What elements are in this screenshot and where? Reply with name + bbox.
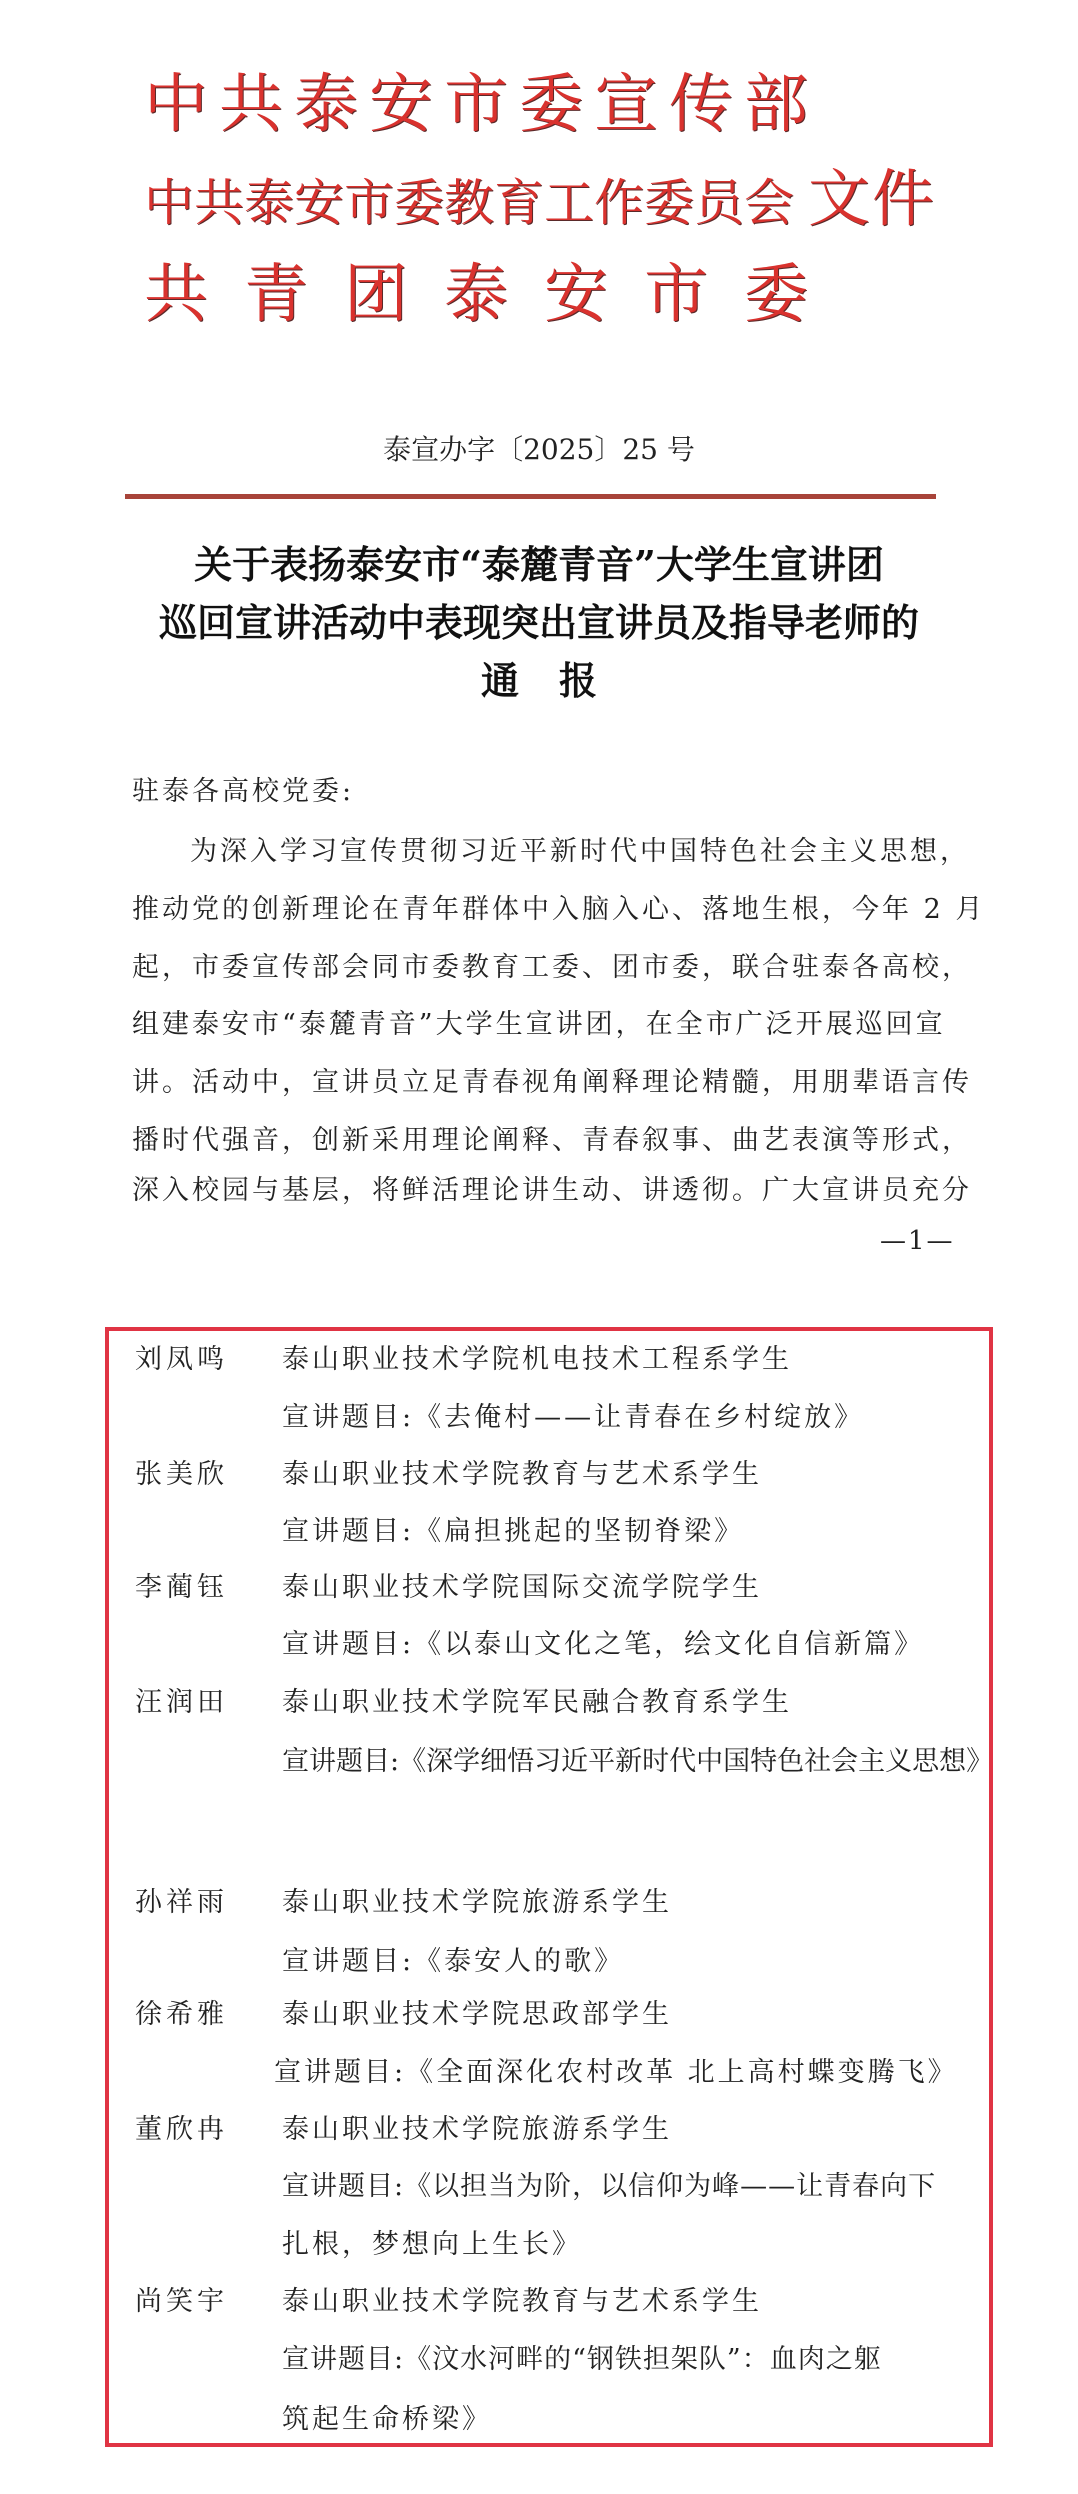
body-line: 深入校园与基层，将鲜活理论讲生动、讲透彻。广大宣讲员充分 <box>132 1174 972 1208</box>
salutation: 驻泰各高校党委: <box>132 775 354 809</box>
entry-topic: 宣讲题目:《去俺村——让青春在乡村绽放》 <box>282 1401 864 1435</box>
document-number: 泰宣办字〔2025〕25 号 <box>0 432 1078 468</box>
entry-affiliation: 泰山职业技术学院机电技术工程系学生 <box>282 1343 792 1377</box>
entry-affiliation: 泰山职业技术学院旅游系学生 <box>282 2113 672 2147</box>
body-line: 讲。活动中，宣讲员立足青春视角阐释理论精髓，用朋辈语言传 <box>132 1066 972 1100</box>
entry-topic: 宣讲题目:《以担当为阶，以信仰为峰——让青春向下 <box>282 2170 936 2204</box>
issuer-line-education-committee: 中共泰安市委教育工作委员会文件 <box>144 156 936 246</box>
entry-topic-continued: 筑起生命桥梁》 <box>282 2403 492 2437</box>
entry-affiliation: 泰山职业技术学院旅游系学生 <box>282 1886 672 1920</box>
entry-name: 孙祥雨 <box>135 1886 228 1920</box>
entry-topic: 宣讲题目:《深学细悟习近平新时代中国特色社会主义思想》 <box>282 1745 993 1779</box>
entry-name: 徐希雅 <box>135 1998 228 2032</box>
entry-name: 张美欣 <box>135 1458 228 1492</box>
entry-name: 刘凤鸣 <box>135 1343 228 1377</box>
body-line: 推动党的创新理论在青年群体中入脑入心、落地生根，今年 2 月 <box>132 893 985 927</box>
body-line: 播时代强音，创新采用理论阐释、青春叙事、曲艺表演等形式， <box>132 1124 972 1158</box>
document-label: 文件 <box>808 162 936 235</box>
entry-topic: 宣讲题目:《全面深化农村改革 北上高村蝶变腾飞》 <box>274 2056 958 2090</box>
entry-affiliation: 泰山职业技术学院国际交流学院学生 <box>282 1571 762 1605</box>
document-title-line-1: 关于表扬泰安市“泰麓青音”大学生宣讲团 <box>0 543 1078 587</box>
body-line: 组建泰安市“泰麓青音”大学生宣讲团，在全市广泛开展巡回宣 <box>132 1008 946 1042</box>
entry-name: 汪润田 <box>135 1686 228 1720</box>
entry-affiliation: 泰山职业技术学院教育与艺术系学生 <box>282 1458 762 1492</box>
entry-name: 董欣冉 <box>135 2113 228 2147</box>
issuer-line-propaganda-dept: 中共泰安市委宣传部 <box>144 60 819 150</box>
entry-topic: 宣讲题目:《以泰山文化之笔，绘文化自信新篇》 <box>282 1628 924 1662</box>
entry-name: 尚笑宇 <box>135 2285 228 2319</box>
issuer-education-committee-text: 中共泰安市委教育工作委员会 <box>144 174 794 232</box>
entry-topic: 宣讲题目:《泰安人的歌》 <box>282 1945 624 1979</box>
body-line: 起，市委宣传部会同市委教育工委、团市委，联合驻泰各高校， <box>132 951 972 985</box>
document-title-line-2: 巡回宣讲活动中表现突出宣讲员及指导老师的 <box>0 601 1078 645</box>
entry-affiliation: 泰山职业技术学院教育与艺术系学生 <box>282 2285 762 2319</box>
entry-affiliation: 泰山职业技术学院思政部学生 <box>282 1998 672 2032</box>
entry-topic: 宣讲题目:《扁担挑起的坚韧脊梁》 <box>282 1515 744 1549</box>
issuer-line-youth-league: 共青团泰安市委 <box>144 250 844 340</box>
entry-name: 李蔺钰 <box>135 1571 228 1605</box>
entry-topic: 宣讲题目:《汶水河畔的“钢铁担架队”：血肉之躯 <box>282 2343 882 2377</box>
entry-affiliation: 泰山职业技术学院军民融合教育系学生 <box>282 1686 792 1720</box>
header-divider <box>125 494 936 499</box>
entry-topic-continued: 扎根，梦想向上生长》 <box>282 2228 582 2262</box>
document-title-line-3: 通报 <box>0 659 1078 703</box>
page-number: —1— <box>880 1226 955 1256</box>
body-line: 为深入学习宣传贯彻习近平新时代中国特色社会主义思想， <box>190 835 970 869</box>
